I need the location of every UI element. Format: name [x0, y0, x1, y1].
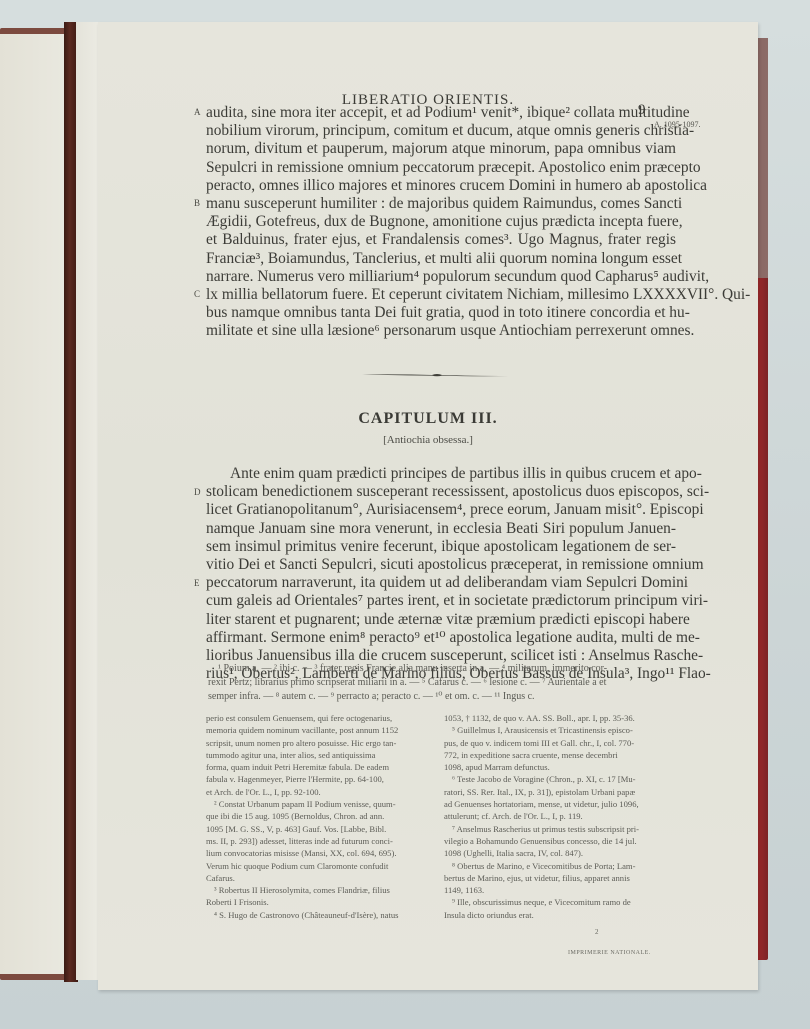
- text-line: Franciæ³, Boiamundus, Tanclerius, et mul…: [206, 250, 676, 268]
- note-line: ⁶ Teste Jacobo de Voragine (Chron., p. X…: [444, 773, 666, 785]
- note-line: ⁵ Guillelmus I, Arausicensis et Tricasti…: [444, 724, 666, 736]
- note-line: bertus de Marino, ejus, ut videtur, fili…: [444, 872, 666, 884]
- book-page: LIBERATIO ORIENTIS. 9 A. 1095-1097. A B …: [98, 22, 758, 990]
- note-line: 772, in expeditione sacra cruente, mense…: [444, 749, 666, 761]
- left-page: [0, 34, 64, 974]
- text-line: peccatorum narraverunt, ita quidem ut ad…: [206, 574, 676, 592]
- paragraph-2: Ante enim quam prædicti principes de par…: [206, 465, 676, 683]
- variant-note-line: rexit Pertz; librarius primo scripserat …: [208, 676, 678, 690]
- text-line: cum galeis ad Orientales⁷ partes irent, …: [206, 592, 676, 610]
- note-line: tummodo agitur una, inter alios, sed ant…: [206, 749, 428, 761]
- note-line: perio est consulem Genuensem, qui fere o…: [206, 712, 428, 724]
- note-line: Insula dicto oriundus erat.: [444, 909, 666, 921]
- note-line: 1053, † 1132, de quo v. AA. SS. Boll., a…: [444, 712, 666, 724]
- note-line: et Arch. de l'Or. L., I, pp. 92-100.: [206, 786, 428, 798]
- text-line: peracto, omnes illico majores et minores…: [206, 177, 676, 195]
- note-line: 1095 [M. G. SS., V, p. 463] Gauf. Vos. […: [206, 823, 428, 835]
- note-line: Cafarus.: [206, 872, 428, 884]
- margin-letter-b: B: [194, 198, 200, 208]
- note-line: scripsit, unum nomen pro altero posuisse…: [206, 737, 428, 749]
- note-line: que ibi die 15 aug. 1095 (Bernoldus, Chr…: [206, 810, 428, 822]
- note-line: pus, de quo v. indicem tomi III et Gall.…: [444, 737, 666, 749]
- variant-notes: ¹ Poium a. — ² ibi c. — ³ frater regis F…: [208, 662, 678, 704]
- variant-note-line: semper infra. — ⁸ autem c. — ⁹ perracto …: [208, 690, 678, 704]
- note-line: ⁸ Obertus de Marino, e Vicecomitibus de …: [444, 860, 666, 872]
- margin-letter-a: A: [194, 107, 201, 117]
- text-line: norum, divitum et pauperum, majorum atqu…: [206, 140, 676, 158]
- notes-column-left: perio est consulem Genuensem, qui fere o…: [206, 712, 428, 921]
- note-line: attulerunt; cf. Arch. de l'Or. L., I, p.…: [444, 810, 666, 822]
- notes-column-right: 1053, † 1132, de quo v. AA. SS. Boll., a…: [444, 712, 666, 921]
- note-line: memoria quidem nominum vacillante, post …: [206, 724, 428, 736]
- text-line: militate et sine ulla læsione⁶ personaru…: [206, 322, 676, 340]
- text-line: namque Januam sine mora venerunt, in ecc…: [206, 520, 676, 538]
- variant-note-line: ¹ Poium a. — ² ibi c. — ³ frater regis F…: [208, 662, 678, 676]
- text-line: sem insimul primitus venire fecerunt, ib…: [206, 538, 676, 556]
- text-line: lx millia bellatorum fuere. Et ceperunt …: [206, 286, 676, 304]
- text-line: audita, sine mora iter accepit, et ad Po…: [206, 104, 676, 122]
- text-line: liter starent et pugnarent; unde æternæ …: [206, 611, 676, 629]
- text-line: licet Gratianopolitanum°, Aurisiacensem⁴…: [206, 501, 676, 519]
- text-line: bus namque omnibus tanta Dei fuit gratia…: [206, 304, 676, 322]
- note-line: ad Genuenses hortatoriam, mense, ut vide…: [444, 798, 666, 810]
- note-line: ³ Robertus II Hierosolymita, comes Fland…: [206, 884, 428, 896]
- margin-letter-d: D: [194, 487, 201, 497]
- ornament-divider-icon: [362, 372, 512, 378]
- chapter-subtitle: [Antiochia obsessa.]: [98, 434, 758, 446]
- note-line: vilegio a Bohamundo Genuensibus concesso…: [444, 835, 666, 847]
- note-line: ms. II, p. 293]) adesset, litteras inde …: [206, 835, 428, 847]
- margin-letter-e: E: [194, 578, 200, 588]
- signature-mark: 2: [595, 928, 599, 936]
- text-line: Ante enim quam prædicti principes de par…: [206, 465, 676, 483]
- text-line: stolicam benedictionem susceperant reces…: [206, 483, 676, 501]
- note-line: ⁷ Anselmus Rascherius ut primus testis s…: [444, 823, 666, 835]
- text-line: vitio Dei et Sancti Sepulcri, sicuti apo…: [206, 556, 676, 574]
- printer-mark: IMPRIMERIE NATIONALE.: [568, 950, 651, 956]
- text-line: Sepulcri in remissione omnium peccatorum…: [206, 159, 676, 177]
- paragraph-1: audita, sine mora iter accepit, et ad Po…: [206, 104, 676, 341]
- margin-letter-c: C: [194, 289, 200, 299]
- note-line: ratori, SS. Rer. Ital., IX, p. 31]), epi…: [444, 786, 666, 798]
- note-line: Roberti I Frisonis.: [206, 896, 428, 908]
- text-line: narrare. Numerus vero milliarium⁴ populo…: [206, 268, 676, 286]
- text-line: affirmant. Sermone enim⁸ peracto⁹ et¹⁰ a…: [206, 629, 676, 647]
- note-line: lium convocatorias misisse (Mansi, XX, c…: [206, 847, 428, 859]
- note-line: forma, quam induit Petri Heremitæ fabula…: [206, 761, 428, 773]
- note-line: ⁴ S. Hugo de Castronovo (Châteauneuf-d'I…: [206, 909, 428, 921]
- text-line: Ægidii, Gotefreus, dux de Bugnone, amoni…: [206, 213, 676, 231]
- note-line: ² Constat Urbanum papam II Podium veniss…: [206, 798, 428, 810]
- note-line: Verum hic quoque Podium cum Claromonte c…: [206, 860, 428, 872]
- chapter-title: CAPITULUM III.: [98, 410, 758, 428]
- note-line: fabula v. Hagenmeyer, Pierre l'Hermite, …: [206, 773, 428, 785]
- note-line: ⁹ Ille, obscurissimus neque, e Vicecomit…: [444, 896, 666, 908]
- text-line: manu susceperunt humiliter : de majoribu…: [206, 195, 676, 213]
- note-line: 1098 (Ughelli, Italia sacra, IV, col. 84…: [444, 847, 666, 859]
- note-line: 1098, apud Marram defunctus.: [444, 761, 666, 773]
- text-line: et Balduinus, frater ejus, et Frandalens…: [206, 231, 676, 249]
- note-line: 1149, 1163.: [444, 884, 666, 896]
- text-line: nobilium virorum, principum, comitum et …: [206, 122, 676, 140]
